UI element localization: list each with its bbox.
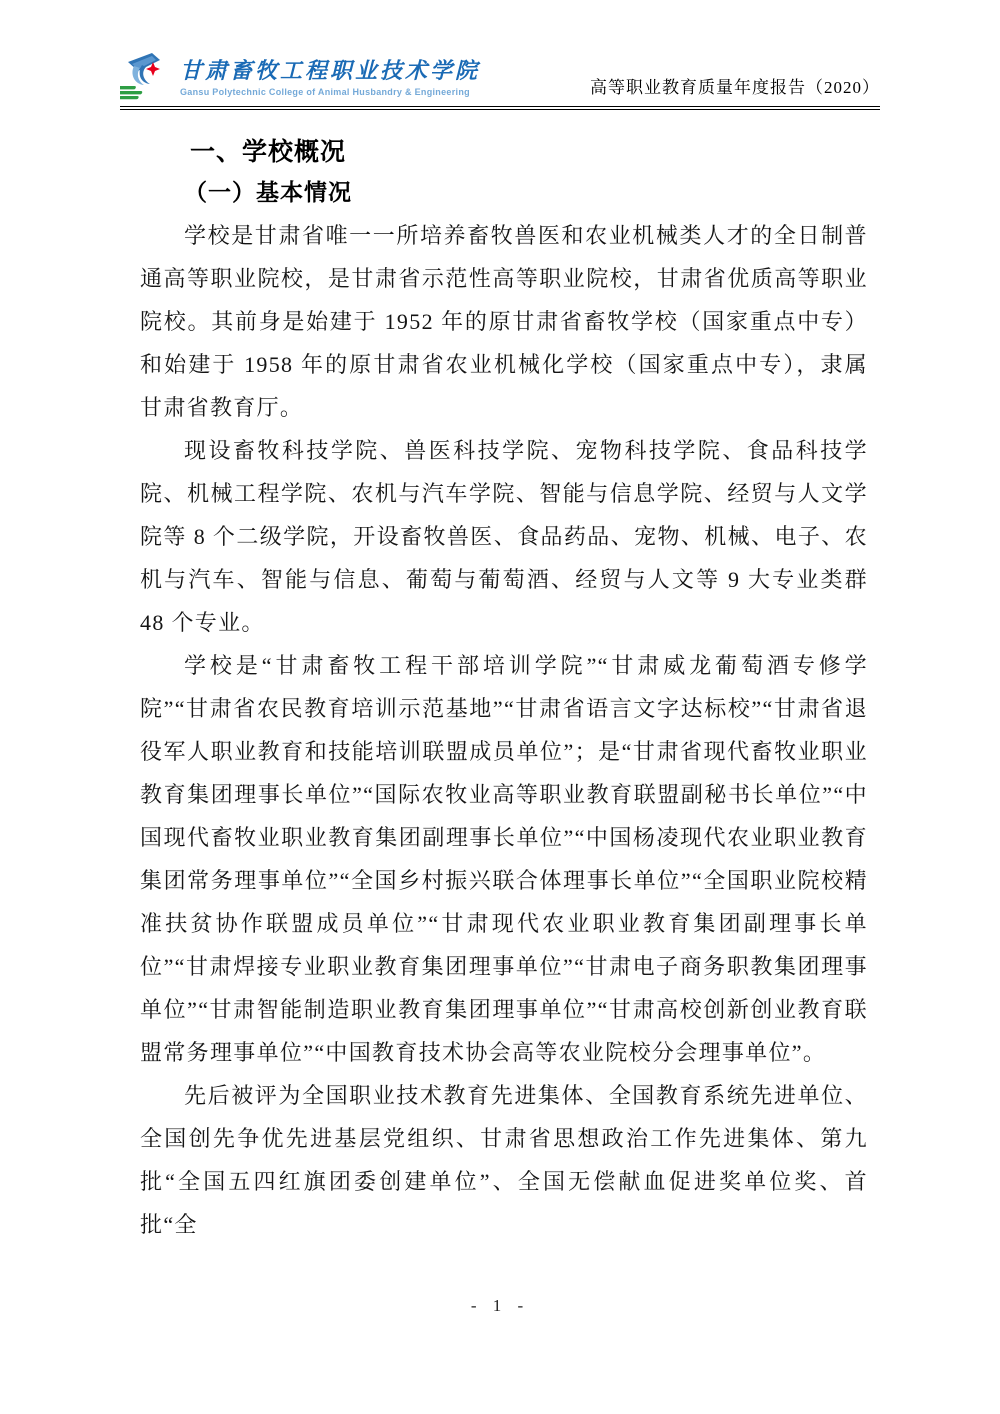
subsection-heading: （一）基本情况 — [140, 172, 868, 212]
report-title: 高等职业教育质量年度报告（2020） — [590, 73, 880, 100]
college-logo-text: 甘肃畜牧工程职业技术学院 Gansu Polytechnic College o… — [180, 50, 480, 97]
paragraph-colleges-majors: 现设畜牧科技学院、兽医科技学院、宠物科技学院、食品科技学院、机械工程学院、农机与… — [140, 429, 868, 644]
paragraph-school-intro: 学校是甘肃省唯一一所培养畜牧兽医和农业机械类人才的全日制普通高等职业院校，是甘肃… — [140, 214, 868, 429]
paragraph-memberships: 学校是“甘肃畜牧工程干部培训学院”“甘肃威龙葡萄酒专修学院”“甘肃省农民教育培训… — [140, 644, 868, 1074]
college-logo-icon — [120, 50, 172, 100]
paragraph-honors: 先后被评为全国职业技术教育先进集体、全国教育系统先进单位、全国创先争优先进基层党… — [140, 1074, 868, 1246]
college-name-en: Gansu Polytechnic College of Animal Husb… — [180, 87, 480, 97]
page-number: - 1 - — [0, 1296, 1000, 1316]
document-page: 甘肃畜牧工程职业技术学院 Gansu Polytechnic College o… — [0, 0, 1000, 1414]
section-heading: 一、学校概况 — [140, 132, 868, 172]
page-header: 甘肃畜牧工程职业技术学院 Gansu Polytechnic College o… — [120, 50, 880, 110]
college-logo: 甘肃畜牧工程职业技术学院 Gansu Polytechnic College o… — [120, 50, 480, 100]
college-name-zh: 甘肃畜牧工程职业技术学院 — [180, 54, 480, 85]
document-body: 一、学校概况 （一）基本情况 学校是甘肃省唯一一所培养畜牧兽医和农业机械类人才的… — [140, 132, 868, 1246]
